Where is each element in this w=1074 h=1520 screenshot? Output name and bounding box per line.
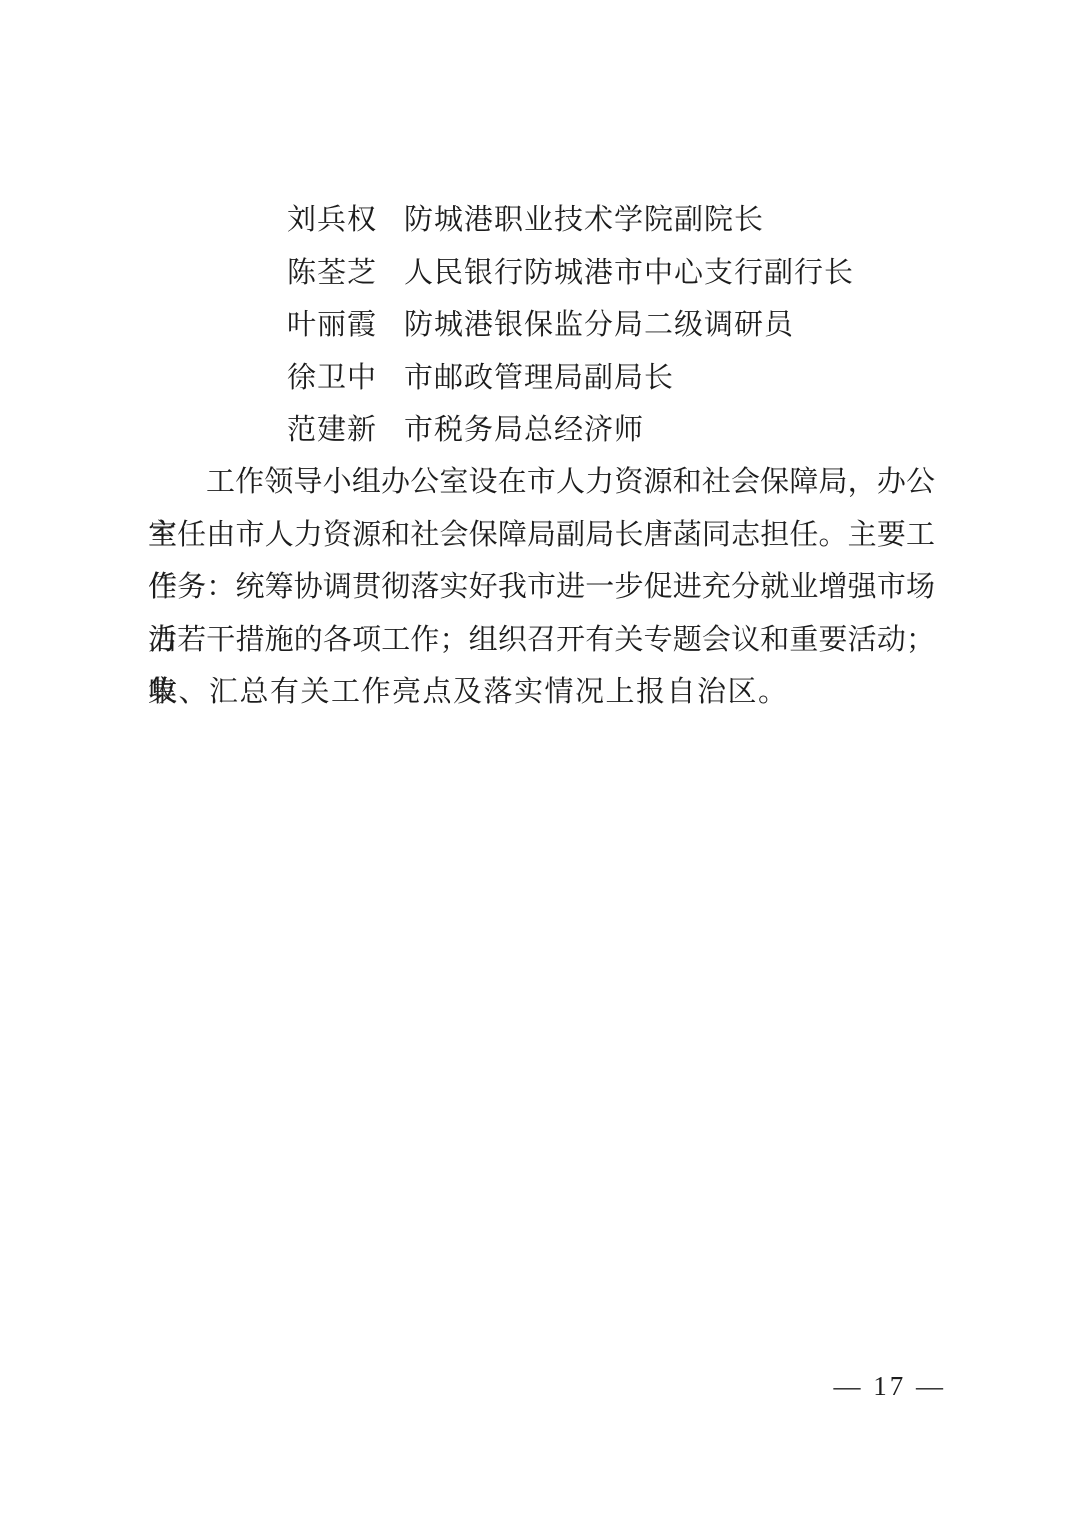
paragraph-line: 任务：统筹协调贯彻落实好我市进一步促进充分就业增强市场活 — [148, 561, 935, 614]
roster-row: 徐卫中 市邮政管理局副局长 — [287, 352, 854, 405]
paragraph-line: 力若干措施的各项工作；组织召开有关专题会议和重要活动；收 — [148, 614, 935, 667]
roster-name: 叶丽霞 — [287, 299, 377, 352]
roster-title: 人民银行防城港市中心支行副行长 — [404, 247, 854, 300]
roster-list: 刘兵权 防城港职业技术学院副院长 陈荃芝 人民银行防城港市中心支行副行长 叶丽霞… — [287, 194, 854, 457]
paragraph-line: 主任由市人力资源和社会保障局副局长唐菡同志担任。主要工作 — [148, 509, 935, 562]
roster-title: 市邮政管理局副局长 — [404, 352, 674, 405]
page-number: — 17 — — [834, 1371, 947, 1402]
roster-title: 防城港职业技术学院副院长 — [404, 194, 764, 247]
roster-title: 市税务局总经济师 — [404, 404, 644, 457]
roster-row: 陈荃芝 人民银行防城港市中心支行副行长 — [287, 247, 854, 300]
document-page: 刘兵权 防城港职业技术学院副院长 陈荃芝 人民银行防城港市中心支行副行长 叶丽霞… — [0, 0, 1074, 1520]
paragraph-line: 工作领导小组办公室设在市人力资源和社会保障局，办公室 — [148, 456, 935, 509]
paragraph-line: 集、汇总有关工作亮点及落实情况上报自治区。 — [148, 666, 935, 719]
roster-name: 徐卫中 — [287, 352, 377, 405]
roster-row: 刘兵权 防城港职业技术学院副院长 — [287, 194, 854, 247]
roster-name: 陈荃芝 — [287, 247, 377, 300]
body-paragraph: 工作领导小组办公室设在市人力资源和社会保障局，办公室 主任由市人力资源和社会保障… — [148, 456, 935, 719]
roster-row: 叶丽霞 防城港银保监分局二级调研员 — [287, 299, 854, 352]
roster-name: 刘兵权 — [287, 194, 377, 247]
roster-title: 防城港银保监分局二级调研员 — [404, 299, 794, 352]
roster-row: 范建新 市税务局总经济师 — [287, 404, 854, 457]
roster-name: 范建新 — [287, 404, 377, 457]
